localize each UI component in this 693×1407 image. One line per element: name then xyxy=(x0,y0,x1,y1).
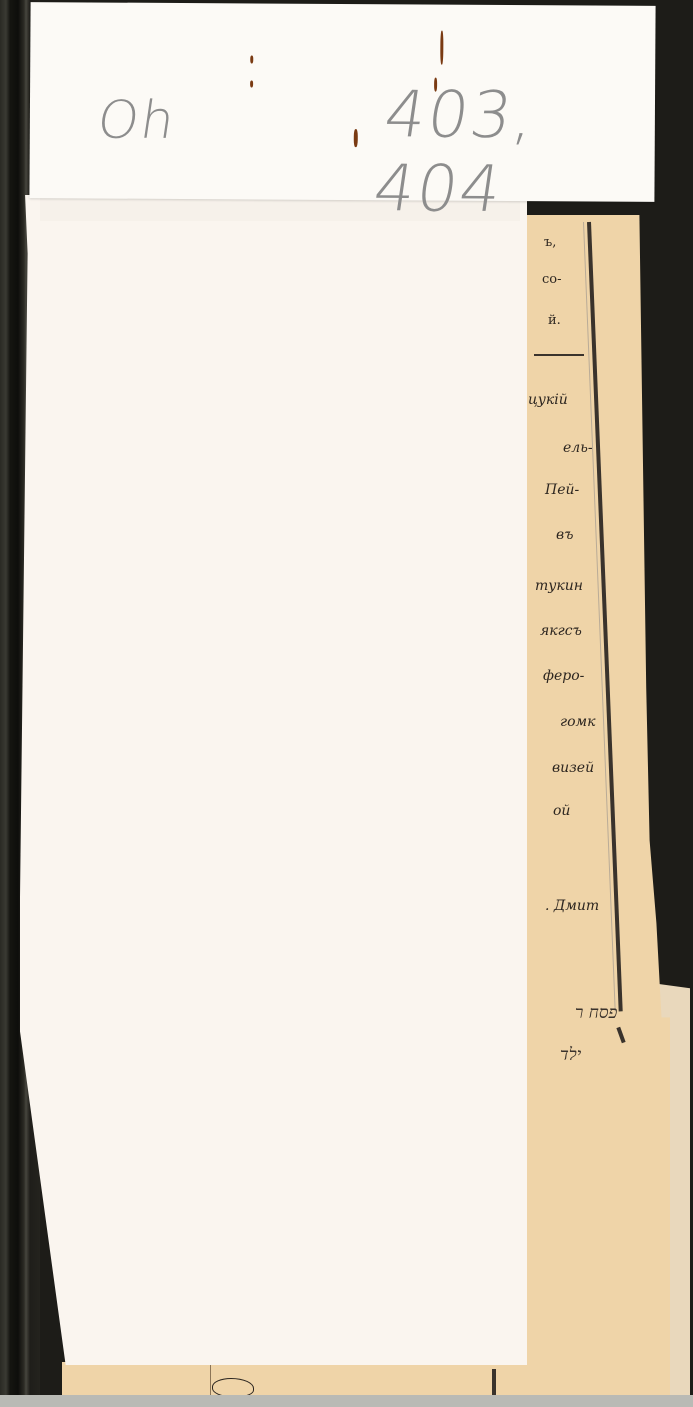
bottom-divider xyxy=(210,1362,211,1395)
scanner-bed-edge xyxy=(0,1395,693,1407)
handwritten-fragment: цукій xyxy=(528,392,568,408)
handwritten-fragment: визей xyxy=(552,760,594,776)
printed-fragment: со- xyxy=(542,272,562,287)
pencil-note-left: Oh xyxy=(93,91,180,151)
handwritten-fragment: гомк xyxy=(560,714,595,730)
rust-stain xyxy=(250,55,253,63)
handwritten-fragment: якгсъ xyxy=(540,623,582,639)
handwritten-fragment: ферo- xyxy=(543,668,584,684)
printed-fragment: ъ, xyxy=(544,235,556,250)
hebrew-note: ילד xyxy=(560,1045,581,1065)
pencil-note-folio: 403, 404 xyxy=(369,78,666,228)
rust-stain xyxy=(354,129,358,147)
old-page-bottom-strip xyxy=(62,1362,522,1395)
hebrew-note: פסח ר xyxy=(575,1003,617,1023)
bottom-rule xyxy=(492,1369,496,1395)
handwritten-fragment: тукин xyxy=(535,578,583,594)
handwritten-fragment: ой xyxy=(553,803,570,819)
archival-label-card: Oh 403, 404 xyxy=(29,2,655,202)
handwritten-fragment: въ xyxy=(556,527,573,543)
rust-stain xyxy=(434,78,437,92)
rust-stain xyxy=(250,80,253,87)
rust-stain xyxy=(440,31,443,65)
blank-cover-sheet xyxy=(20,195,527,1365)
printed-fragment: й. xyxy=(548,313,561,328)
handwritten-fragment: Пей- xyxy=(545,482,579,498)
handwritten-fragment: ель- xyxy=(563,440,593,456)
header-rule xyxy=(534,354,584,356)
handwritten-fragment: . Дмит xyxy=(545,898,599,914)
